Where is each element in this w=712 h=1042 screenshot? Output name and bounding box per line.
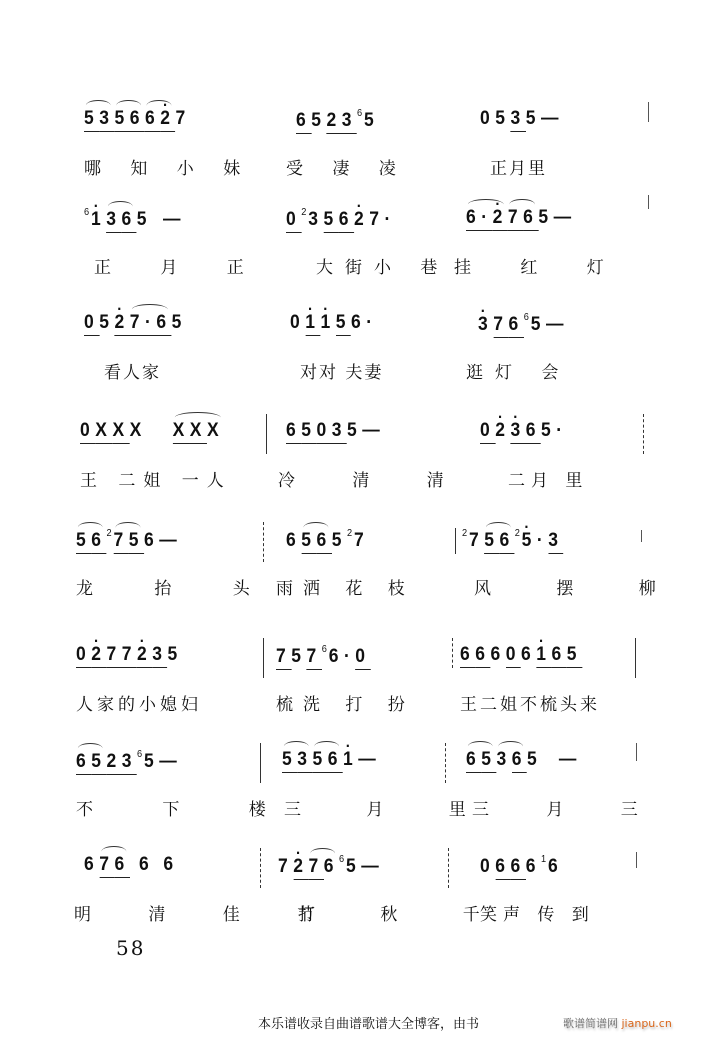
note-sequence: 656527 xyxy=(286,528,369,554)
score-system-6: 0277235 人家的小媳妇 75766·0 梳洗 打 扮 66606165 王… xyxy=(0,624,712,734)
note-sequence: 02365· xyxy=(480,420,568,444)
barline xyxy=(445,743,446,783)
note-sequence: 0XXXXXX xyxy=(80,420,224,444)
note-sequence: 65365— xyxy=(466,749,582,773)
lyrics-line: 三 月 三 xyxy=(472,795,664,820)
lyrics-line: 三 月 里 xyxy=(284,795,496,820)
note-sequence: 53561— xyxy=(282,749,381,773)
barline xyxy=(260,848,261,888)
lyrics-line: 雨洒 花 枝 xyxy=(276,574,415,599)
note-sequence: 65035— xyxy=(286,420,385,444)
note-sequence: 066616 xyxy=(480,854,563,880)
note-sequence: 37665— xyxy=(478,312,569,338)
barline xyxy=(648,102,649,122)
lyrics-line: 龙 抬 头 xyxy=(76,574,278,599)
lyrics-line: 打 秋 千 xyxy=(298,900,510,925)
lyrics-line: 逛灯 会 xyxy=(466,358,570,383)
lyrics-line: 挂 红 灯 xyxy=(454,253,626,278)
barline xyxy=(635,638,636,678)
note-sequence: 727665— xyxy=(278,854,384,880)
score-system-7: 652365— 不 下 楼 53561— 三 月 里 65365— 三 月 三 xyxy=(0,729,712,839)
lyrics-line: 大街小 巷 xyxy=(316,253,449,278)
site-watermark: 歌谱简谱网 jianpu.cn xyxy=(563,1015,672,1031)
score-system-5: 562756— 龙 抬 头 656527 雨洒 花 枝 275625·3 风 摆… xyxy=(0,508,712,618)
lyrics-line: 不 下 楼 xyxy=(76,795,298,820)
note-sequence: 01156· xyxy=(290,312,378,336)
note-sequence: 562756— xyxy=(76,528,182,554)
lyrics-line: 二月 里 xyxy=(508,466,588,491)
lyrics-line: 梳洗 打 扮 xyxy=(276,690,415,715)
lyrics-line: 风 摆 柳 xyxy=(474,574,686,599)
lyrics-line: 王二姐不梳头来 xyxy=(460,690,600,715)
score-system-3: 0527·65 看人家 01156· 对对 夫妻 37665— 逛灯 会 xyxy=(0,292,712,402)
barline xyxy=(260,743,261,783)
barline xyxy=(263,522,264,562)
barline xyxy=(455,528,456,554)
barline xyxy=(648,195,649,209)
note-sequence: 0235627· xyxy=(286,207,396,233)
barline xyxy=(263,638,264,678)
lyrics-line: 笑声 传 到 xyxy=(480,900,595,925)
lyrics-line: 正 月 正 xyxy=(94,253,266,278)
barline xyxy=(448,848,449,888)
note-sequence: 0535— xyxy=(480,108,564,132)
lyrics-line: 正月里 xyxy=(490,154,547,179)
watermark-site: jianpu.cn xyxy=(622,1017,672,1030)
barline xyxy=(266,414,267,454)
lyrics-line: 受 凄 凌 xyxy=(286,154,408,179)
note-sequence: 652365— xyxy=(76,749,182,775)
lyrics-line: 人家的小媳妇 xyxy=(76,690,202,715)
watermark-cn: 歌谱简谱网 xyxy=(563,1017,618,1030)
note-sequence: 275625·3 xyxy=(462,528,564,554)
note-sequence: 75766·0 xyxy=(276,644,371,670)
score-system-4: 0XXXXXX 王 二姐 一人 65035— 冷 清 清 02365· 二月 里 xyxy=(0,400,712,510)
note-sequence: 652365 xyxy=(296,108,379,134)
lyrics-line: 看人家 xyxy=(104,358,161,383)
barline xyxy=(452,638,453,668)
barline xyxy=(636,852,637,868)
page-number: 58 xyxy=(116,936,145,960)
lyrics-line: 对对 夫妻 xyxy=(300,358,383,383)
note-sequence: 67666 xyxy=(84,854,179,878)
score-system-8: 67666 明 清 佳 节 727665— 打 秋 千 066616 笑声 传 … xyxy=(0,834,712,944)
barline xyxy=(636,743,637,761)
note-sequence: 6·2765— xyxy=(466,207,577,231)
score-system-1: 5356627 哪 知 小 妹 652365 受 凄 凌 0535— 正月里 xyxy=(0,88,712,198)
lyrics-line: 哪 知 小 妹 xyxy=(84,154,252,179)
note-sequence: 0527·65 xyxy=(84,312,187,336)
barline xyxy=(641,530,642,542)
score-system-2: 61365— 正 月 正 0235627· 大街小 巷 6·2765— 挂 红 … xyxy=(0,187,712,297)
note-sequence: 61365— xyxy=(84,207,186,233)
lyrics-line: 王 二姐 一人 xyxy=(80,466,232,491)
barline xyxy=(643,414,644,454)
note-sequence: 5356627 xyxy=(84,108,191,132)
footer-notice: 本乐谱收录自曲谱歌谱大全博客，由书 xyxy=(258,1013,479,1032)
lyrics-line: 冷 清 清 xyxy=(278,466,470,491)
note-sequence: 66606165 xyxy=(460,644,582,668)
note-sequence: 0277235 xyxy=(76,644,183,668)
